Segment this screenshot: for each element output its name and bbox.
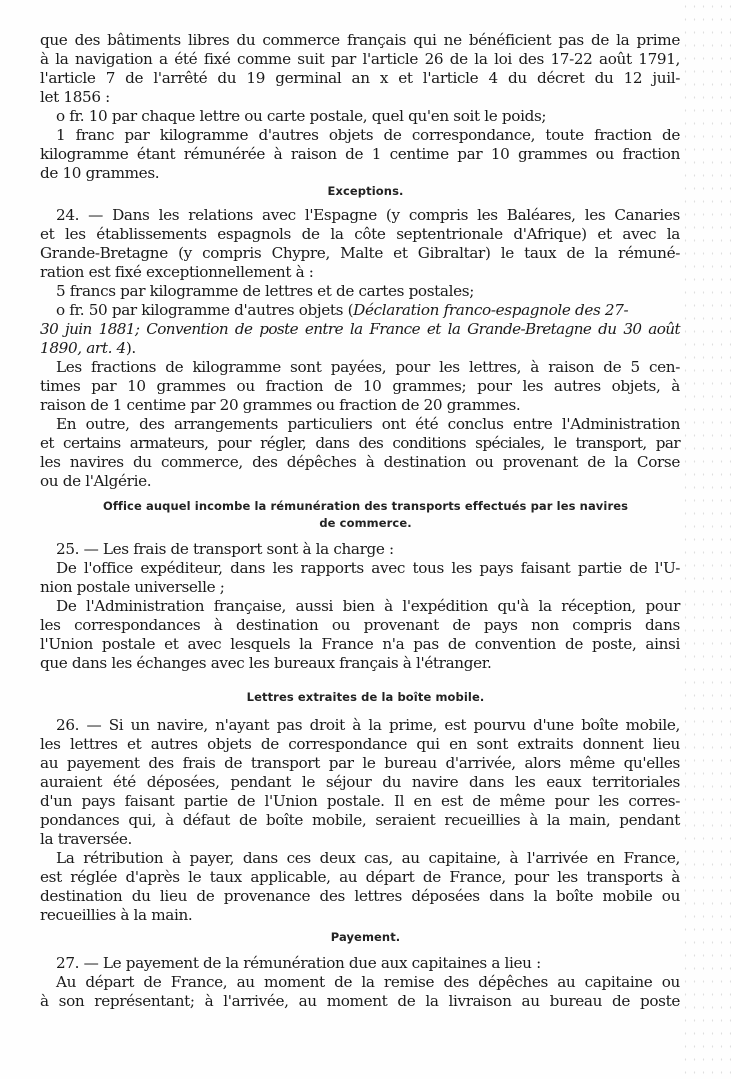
text-line: de 10 grammes.: [40, 164, 680, 183]
text-line: et certains armateurs, pour régler, dans…: [40, 434, 680, 453]
text-line: 24. — Dans les relations avec l'Espagne …: [56, 206, 680, 225]
text-line: l'Union postale et avec lesquels la Fran…: [40, 635, 680, 654]
text-line: Au départ de France, au moment de la rem…: [56, 973, 680, 992]
text-line: auraient été déposées, pendant le séjour…: [40, 773, 680, 792]
text-line: nion postale universelle ;: [40, 578, 680, 597]
text-line: let 1856 :: [40, 88, 680, 107]
document-page: que des bâtiments libres du commerce fra…: [0, 0, 731, 1079]
text-line: les navires du commerce, des dépêches à …: [40, 453, 680, 472]
section-heading-payement: Payement.: [0, 930, 731, 944]
text-line: 5 francs par kilogramme de lettres et de…: [56, 282, 680, 301]
text-line: au payement des frais de transport par l…: [40, 754, 680, 773]
text-line: Grande-Bretagne (y compris Chypre, Malte…: [40, 244, 680, 263]
citation-italic-line: 30 juin 1881; Convention de poste entre …: [40, 320, 680, 339]
text-line: pondances qui, à défaut de boîte mobile,…: [40, 811, 680, 830]
text-line: o fr. 50 par kilogramme d'autres objets …: [56, 301, 680, 320]
text-line: est réglée d'après le taux applicable, a…: [40, 868, 680, 887]
section-heading-office-cont: de commerce.: [0, 516, 731, 530]
text-line: l'article 7 de l'arrêté du 19 germinal a…: [40, 69, 680, 88]
citation-italic: Déclaration franco-espagnole des 27-: [353, 301, 628, 319]
text-line: La rétribution à payer, dans ces deux ca…: [56, 849, 680, 868]
text-span: ).: [126, 339, 136, 357]
text-line: recueillies à la main.: [40, 906, 680, 925]
text-line: o fr. 10 par chaque lettre ou carte post…: [56, 107, 680, 126]
text-line: que dans les échanges avec les bureaux f…: [40, 654, 680, 673]
text-line: 1 franc par kilogramme d'autres objets d…: [56, 126, 680, 145]
text-line: Les fractions de kilogramme sont payées,…: [56, 358, 680, 377]
scan-noise: [681, 0, 731, 1079]
section-heading-exceptions: Exceptions.: [0, 184, 731, 198]
text-line: et les établissements espagnols de la cô…: [40, 225, 680, 244]
text-line: raison de 1 centime par 20 grammes ou fr…: [40, 396, 680, 415]
section-heading-office: Office auquel incombe la rémunération de…: [0, 499, 731, 513]
text-line: les lettres et autres objets de correspo…: [40, 735, 680, 754]
text-line: De l'office expéditeur, dans les rapport…: [56, 559, 680, 578]
text-line: la traversée.: [40, 830, 680, 849]
text-line: De l'Administration française, aussi bie…: [56, 597, 680, 616]
text-line: En outre, des arrangements particuliers …: [56, 415, 680, 434]
text-line: ou de l'Algérie.: [40, 472, 680, 491]
text-line: 1890, art. 4).: [40, 339, 680, 358]
citation-italic: 1890, art. 4: [40, 339, 126, 357]
text-span: o fr. 50 par kilogramme d'autres objets …: [56, 301, 353, 319]
text-line: times par 10 grammes ou fraction de 10 g…: [40, 377, 680, 396]
text-line: les correspondances à destination ou pro…: [40, 616, 680, 635]
text-line: destination du lieu de provenance des le…: [40, 887, 680, 906]
text-line: 26. — Si un navire, n'ayant pas droit à …: [56, 716, 680, 735]
text-line: que des bâtiments libres du commerce fra…: [40, 31, 680, 50]
text-line: 27. — Le payement de la rémunération due…: [56, 954, 680, 973]
section-heading-boite-mobile: Lettres extraites de la boîte mobile.: [0, 690, 731, 704]
text-line: à son représentant; à l'arrivée, au mome…: [40, 992, 680, 1011]
text-line: à la navigation a été fixé comme suit pa…: [40, 50, 680, 69]
text-line: 25. — Les frais de transport sont à la c…: [56, 540, 680, 559]
text-line: kilogramme étant rémunérée à raison de 1…: [40, 145, 680, 164]
text-line: ration est fixé exceptionnellement à :: [40, 263, 680, 282]
text-line: d'un pays faisant partie de l'Union post…: [40, 792, 680, 811]
